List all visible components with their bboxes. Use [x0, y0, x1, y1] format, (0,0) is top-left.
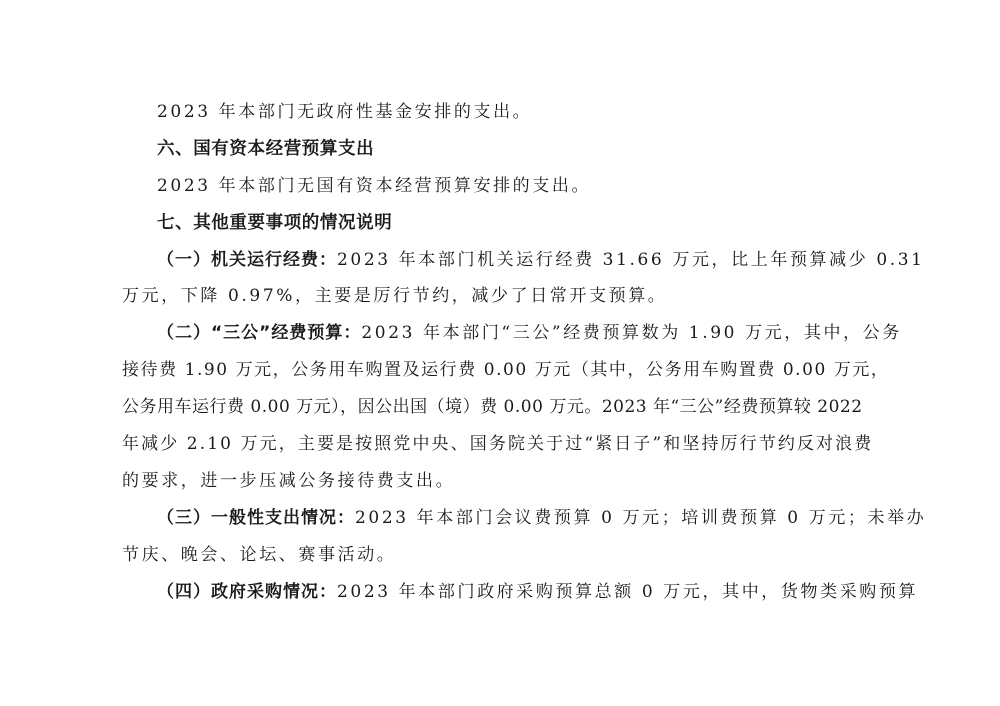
- item-3-first-line: （三）一般性支出情况：2023 年本部门会议费预算 0 万元；培训费预算 0 万…: [122, 500, 879, 537]
- item-2-line: 的要求，进一步压减公务接待费支出。: [122, 463, 879, 500]
- body-text: 2023 年本部门无政府性基金安排的支出。: [122, 94, 879, 131]
- item-4-label: （四）政府采购情况：: [157, 582, 337, 602]
- item-2-first-line: （二）“三公”经费预算：2023 年本部门“三公”经费预算数为 1.90 万元，…: [122, 315, 879, 352]
- body-text: 2023 年本部门无国有资本经营预算安排的支出。: [122, 168, 879, 205]
- item-1-line: 万元，下降 0.97%，主要是厉行节约，减少了日常开支预算。: [122, 278, 879, 315]
- item-1-first-line: （一）机关运行经费：2023 年本部门机关运行经费 31.66 万元，比上年预算…: [122, 242, 879, 279]
- section-heading-6: 六、国有资本经营预算支出: [122, 131, 879, 168]
- item-2-line: 公务用车运行费 0.00 万元），因公出国（境）费 0.00 万元。2023 年…: [122, 389, 879, 426]
- item-2-text: 2023 年本部门“三公”经费预算数为 1.90 万元，其中，公务: [361, 323, 902, 343]
- document-page: 2023 年本部门无政府性基金安排的支出。 六、国有资本经营预算支出 2023 …: [122, 94, 879, 610]
- item-1-label: （一）机关运行经费：: [157, 250, 337, 270]
- item-2-line: 接待费 1.90 万元，公务用车购置及运行费 0.00 万元（其中，公务用车购置…: [122, 352, 879, 389]
- item-4-text: 2023 年本部门政府采购预算总额 0 万元，其中，货物类采购预算: [337, 582, 918, 602]
- item-2-line: 年减少 2.10 万元，主要是按照党中央、国务院关于过“紧日子”和坚持厉行节约反…: [122, 426, 879, 463]
- item-3-text: 2023 年本部门会议费预算 0 万元；培训费预算 0 万元；未举办: [355, 508, 926, 528]
- item-2-label: （二）“三公”经费预算：: [157, 323, 361, 343]
- item-3-label: （三）一般性支出情况：: [157, 508, 355, 528]
- item-3-line: 节庆、晚会、论坛、赛事活动。: [122, 537, 879, 574]
- item-4-first-line: （四）政府采购情况：2023 年本部门政府采购预算总额 0 万元，其中，货物类采…: [122, 574, 879, 611]
- item-1-text: 2023 年本部门机关运行经费 31.66 万元，比上年预算减少 0.31: [337, 250, 925, 270]
- section-heading-7: 七、其他重要事项的情况说明: [122, 205, 879, 242]
